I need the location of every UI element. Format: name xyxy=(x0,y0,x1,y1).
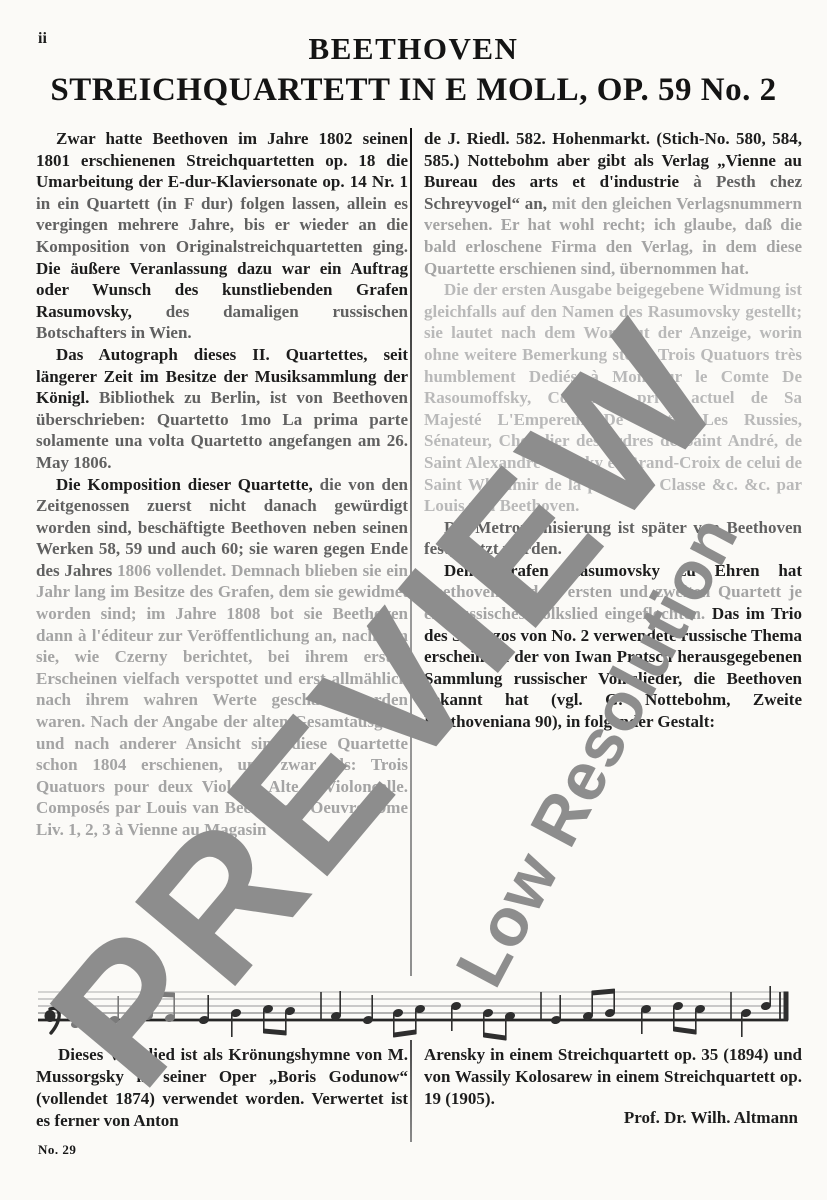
paragraph: Die Komposition dieser Quartette, die vo… xyxy=(36,474,408,841)
paragraph: Die der ersten Ausgabe beigegebene Widmu… xyxy=(424,279,802,517)
column-divider xyxy=(410,128,412,976)
paragraph: Zwar hatte Beethoven im Jahre 1802 seine… xyxy=(36,128,408,344)
music-staff-notation xyxy=(36,978,796,1042)
scanned-preface-page: ii BEETHOVEN STREICHQUARTETT IN E MOLL, … xyxy=(0,0,827,1200)
title-line-2: STREICHQUARTETT IN E MOLL, OP. 59 No. 2 xyxy=(0,72,827,109)
paragraph: Dieses Volkslied ist als Krönungshymne v… xyxy=(36,1044,408,1132)
author-signature: Prof. Dr. Wilh. Altmann xyxy=(424,1108,802,1128)
paragraph: Die Metronomisierung ist später von Beet… xyxy=(424,517,802,560)
note-group xyxy=(71,992,176,1029)
paragraph: Das Autograph dieses II. Quartettes, sei… xyxy=(36,344,408,474)
bottom-right-column: Arensky in einem Streichquartett op. 35 … xyxy=(424,1044,802,1144)
right-column: de J. Riedl. 582. Hohenmarkt. (Stich-No.… xyxy=(424,128,802,978)
paragraph: Dem Grafen Rasumovsky zu Ehren hat Beeth… xyxy=(424,560,802,733)
paragraph: de J. Riedl. 582. Hohenmarkt. (Stich-No.… xyxy=(424,128,802,279)
plate-number: No. 29 xyxy=(38,1142,76,1158)
bottom-left-column: Dieses Volkslied ist als Krönungshymne v… xyxy=(36,1044,408,1144)
title-line-1: BEETHOVEN xyxy=(0,31,827,67)
bass-clef-icon xyxy=(45,1008,60,1033)
left-column: Zwar hatte Beethoven im Jahre 1802 seine… xyxy=(36,128,408,978)
bottom-column-divider xyxy=(410,1040,412,1142)
paragraph: Arensky in einem Streichquartett op. 35 … xyxy=(424,1044,802,1110)
